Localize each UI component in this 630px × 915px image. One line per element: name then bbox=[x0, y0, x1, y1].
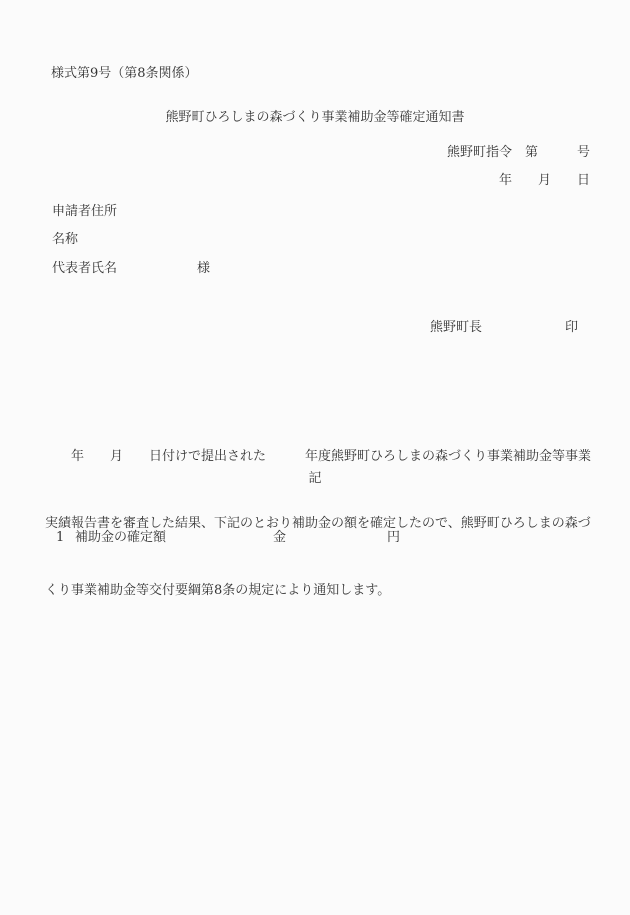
directive-number-line: 熊野町指令 第 号 bbox=[447, 146, 590, 161]
body-paragraph: 年 月 日付けで提出された 年度熊野町ひろしまの森づくり事業補助金等事業 実績報… bbox=[45, 401, 611, 647]
document-title: 熊野町ひろしまの森づくり事業補助金等確定通知書 bbox=[0, 111, 630, 126]
body-line-1: 年 月 日付けで提出された 年度熊野町ひろしまの森づくり事業補助金等事業 bbox=[45, 446, 611, 468]
body-line-3: くり事業補助金等交付要綱第8条の規定により通知します。 bbox=[45, 580, 611, 602]
document-page: 様式第9号（第8条関係） 熊野町ひろしまの森づくり事業補助金等確定通知書 熊野町… bbox=[0, 0, 630, 915]
date-line: 年 月 日 bbox=[499, 174, 590, 189]
mayor-label: 熊野町長 bbox=[430, 321, 482, 336]
form-number: 様式第9号（第8条関係） bbox=[51, 67, 198, 82]
record-heading: 記 bbox=[0, 472, 630, 487]
applicant-address-label: 申請者住所 bbox=[52, 205, 117, 220]
item-label: 補助金の確定額 bbox=[75, 531, 166, 546]
amount-suffix: 円 bbox=[387, 531, 400, 546]
seal-mark: 印 bbox=[565, 321, 578, 336]
item-number: 1 bbox=[56, 531, 64, 546]
honorific-sama: 様 bbox=[197, 262, 210, 277]
amount-prefix: 金 bbox=[273, 531, 286, 546]
representative-name-label: 代表者氏名 bbox=[52, 262, 117, 277]
applicant-name-label: 名称 bbox=[52, 233, 78, 248]
